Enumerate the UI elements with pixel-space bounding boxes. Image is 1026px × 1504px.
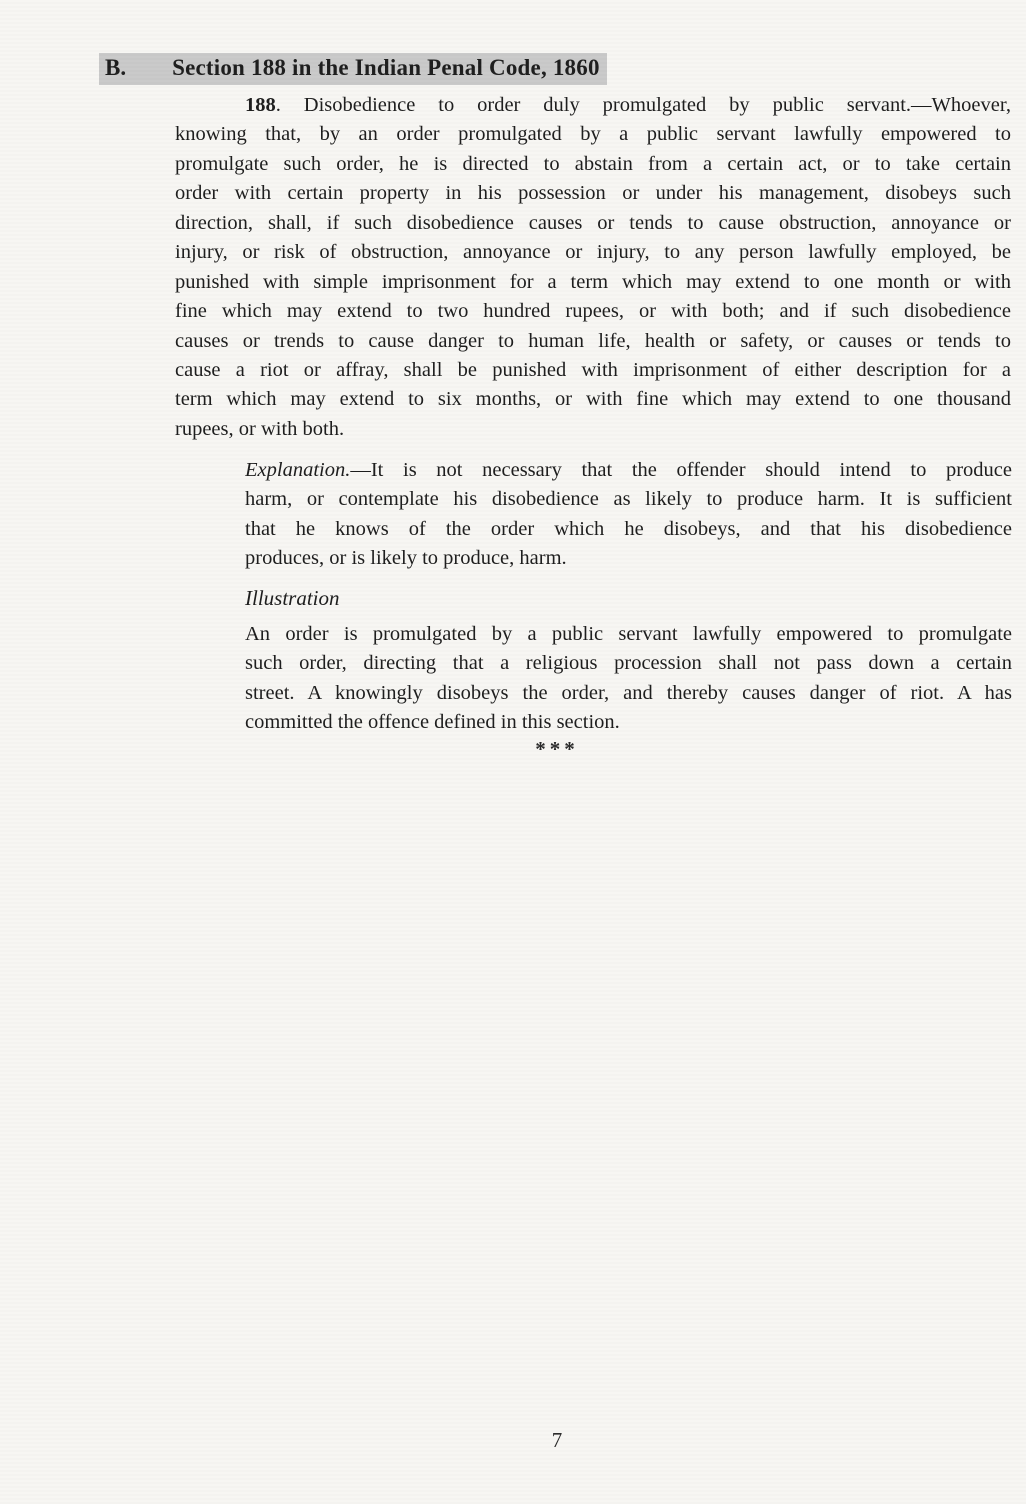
- section-lead-text: . Disobedience to order duly promulgated…: [276, 94, 1011, 116]
- text-line: street. A knowingly disobeys the order, …: [245, 679, 1012, 708]
- text-line: An order is promulgated by a public serv…: [245, 620, 1012, 649]
- text-line: direction, shall, if such disobedience c…: [175, 209, 1011, 238]
- document-page: B.Section 188 in the Indian Penal Code, …: [0, 0, 1026, 1504]
- text-line: rupees, or with both.: [175, 415, 1011, 444]
- section-end-separator: ***: [92, 737, 1022, 762]
- heading-title: Section 188 in the Indian Penal Code, 18…: [172, 55, 600, 80]
- text-line: injury, or risk of obstruction, annoyanc…: [175, 238, 1011, 267]
- text-line: that he knows of the order which he diso…: [245, 515, 1012, 544]
- section-body-lines: knowing that, by an order promulgated by…: [175, 120, 1011, 444]
- illustration-body-lines: An order is promulgated by a public serv…: [245, 620, 1012, 738]
- illustration-paragraph: An order is promulgated by a public serv…: [245, 620, 1012, 738]
- explanation-lead-text: —It is not necessary that the offender s…: [350, 459, 1012, 481]
- section-188-paragraph: 188. Disobedience to order duly promulga…: [175, 91, 1011, 444]
- text-line: punished with simple imprisonment for a …: [175, 268, 1011, 297]
- text-line: term which may extend to six months, or …: [175, 385, 1011, 414]
- text-line: 188. Disobedience to order duly promulga…: [175, 91, 1011, 120]
- text-line: knowing that, by an order promulgated by…: [175, 120, 1011, 149]
- explanation-paragraph: Explanation.—It is not necessary that th…: [245, 456, 1012, 574]
- section-heading: B.Section 188 in the Indian Penal Code, …: [99, 53, 607, 85]
- illustration-heading: Illustration: [245, 584, 340, 613]
- text-line: causes or trends to cause danger to huma…: [175, 327, 1011, 356]
- text-line: promulgate such order, he is directed to…: [175, 150, 1011, 179]
- text-line: cause a riot or affray, shall be punishe…: [175, 356, 1011, 385]
- page-number: 7: [92, 1428, 1022, 1453]
- text-line: Explanation.—It is not necessary that th…: [245, 456, 1012, 485]
- explanation-body-lines: harm, or contemplate his disobedience as…: [245, 485, 1012, 573]
- heading-label: B.: [105, 55, 126, 80]
- text-line: committed the offence defined in this se…: [245, 708, 1012, 737]
- text-line: order with certain property in his posse…: [175, 179, 1011, 208]
- text-line: such order, directing that a religious p…: [245, 649, 1012, 678]
- section-number: 188: [245, 94, 276, 116]
- text-line: fine which may extend to two hundred rup…: [175, 297, 1011, 326]
- text-line: produces, or is likely to produce, harm.: [245, 544, 1012, 573]
- explanation-label: Explanation.: [245, 459, 350, 481]
- text-line: harm, or contemplate his disobedience as…: [245, 485, 1012, 514]
